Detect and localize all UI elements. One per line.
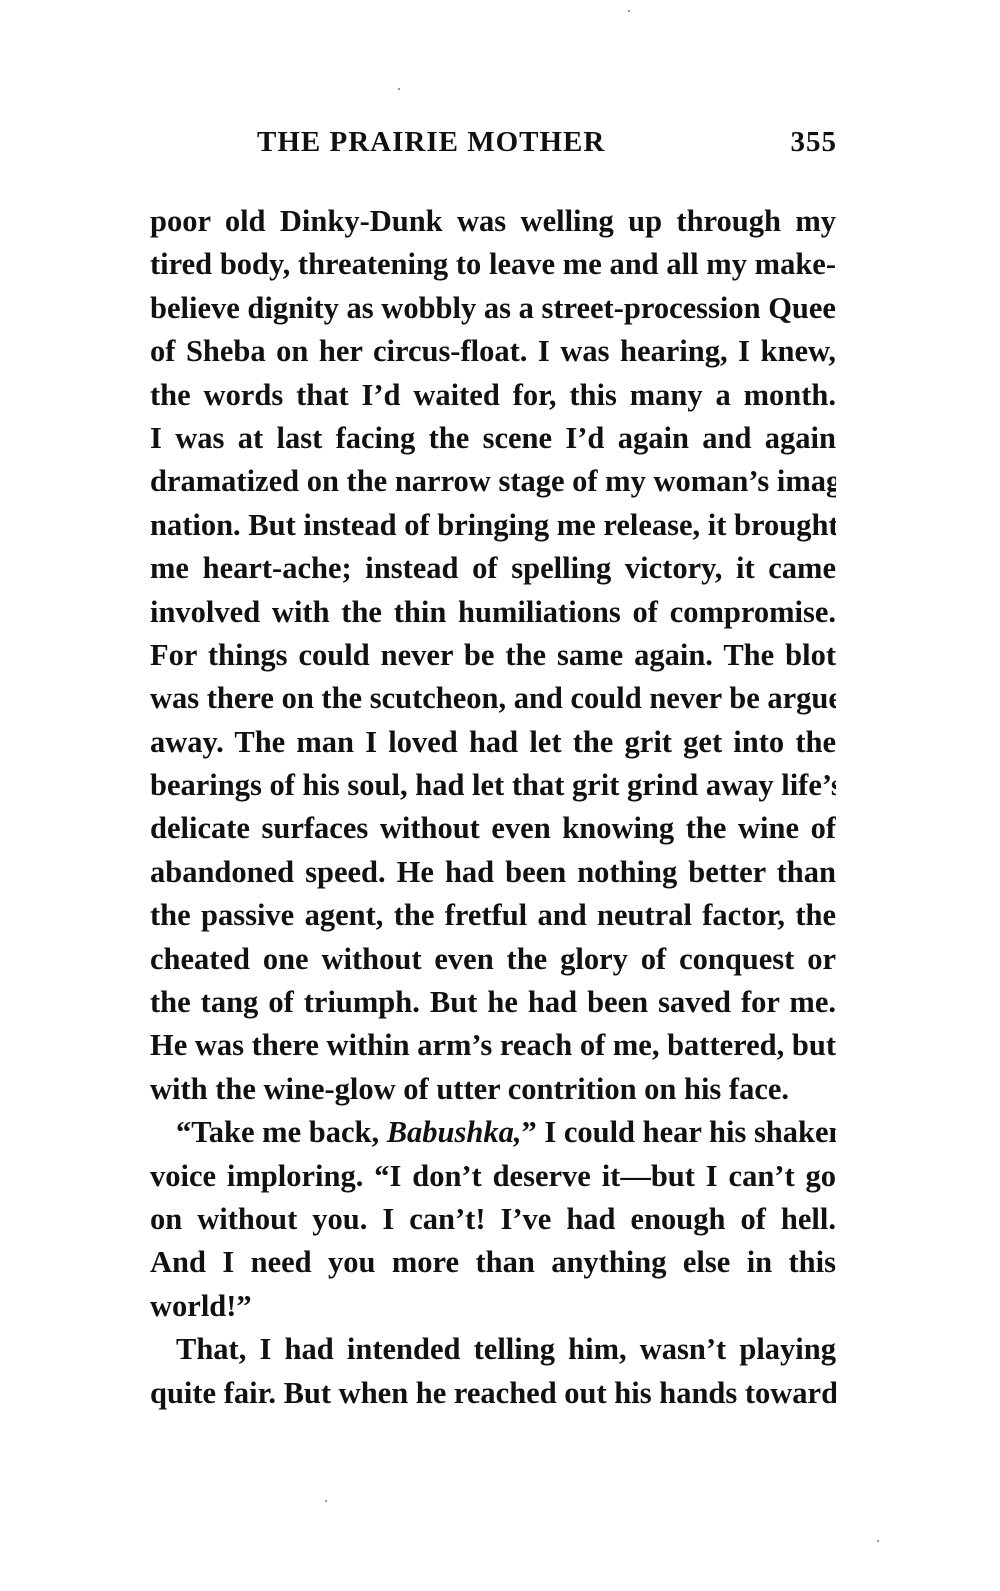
text-line: For things could never be the same again… — [150, 634, 836, 677]
text-line: He was there within arm’s reach of me, b… — [150, 1024, 836, 1067]
text-line: tired body, threatening to leave me and … — [150, 243, 836, 286]
running-title: THE PRAIRIE MOTHER — [257, 126, 605, 159]
text-line: delicate surfaces without even knowing t… — [150, 807, 836, 850]
text-line: me heart-ache; instead of spelling victo… — [150, 547, 836, 590]
text-line-dialogue: “Take me back, Babushka,” I could hear h… — [150, 1111, 836, 1154]
body-text: poor old Dinky-Dunk was welling up throu… — [150, 200, 836, 1415]
text-line: And I need you more than anything else i… — [150, 1241, 836, 1284]
text-line: the words that I’d waited for, this many… — [150, 374, 836, 417]
text-line: dramatized on the narrow stage of my wom… — [150, 460, 836, 503]
text-line: That, I had intended telling him, wasn’t… — [150, 1328, 836, 1371]
dialogue-rest: ” I could hear his shaken — [521, 1115, 836, 1149]
text-line: the passive agent, the fretful and neutr… — [150, 894, 836, 937]
book-page: THE PRAIRIE MOTHER 355 poor old Dinky-Du… — [0, 0, 1000, 1591]
text-line: involved with the thin humiliations of c… — [150, 591, 836, 634]
text-line: of Sheba on her circus-float. I was hear… — [150, 330, 836, 373]
text-line: world!” — [150, 1285, 836, 1328]
text-line: poor old Dinky-Dunk was welling up throu… — [150, 200, 836, 243]
text-line: bearings of his soul, had let that grit … — [150, 764, 836, 807]
page-number: 355 — [791, 126, 838, 159]
text-line: the tang of triumph. But he had been sav… — [150, 981, 836, 1024]
text-line: cheated one without even the glory of co… — [150, 938, 836, 981]
running-head: THE PRAIRIE MOTHER 355 — [257, 126, 837, 166]
text-line: with the wine-glow of utter contrition o… — [150, 1068, 836, 1111]
scan-speck — [877, 1540, 879, 1542]
italic-name: Babushka, — [387, 1115, 522, 1149]
text-line: voice imploring. “I don’t deserve it—but… — [150, 1155, 836, 1198]
dialogue-open: “Take me back, — [176, 1115, 387, 1149]
text-line: quite fair. But when he reached out his … — [150, 1372, 836, 1415]
scan-speck — [398, 88, 400, 90]
text-line: abandoned speed. He had been nothing bet… — [150, 851, 836, 894]
text-line: believe dignity as wobbly as a street-pr… — [150, 287, 836, 330]
scan-speck — [628, 10, 630, 12]
text-line: I was at last facing the scene I’d again… — [150, 417, 836, 460]
text-line: on without you. I can’t! I’ve had enough… — [150, 1198, 836, 1241]
scan-speck — [325, 1500, 327, 1502]
text-line: was there on the scutcheon, and could ne… — [150, 677, 836, 720]
text-line: away. The man I loved had let the grit g… — [150, 721, 836, 764]
text-line: nation. But instead of bringing me relea… — [150, 504, 836, 547]
